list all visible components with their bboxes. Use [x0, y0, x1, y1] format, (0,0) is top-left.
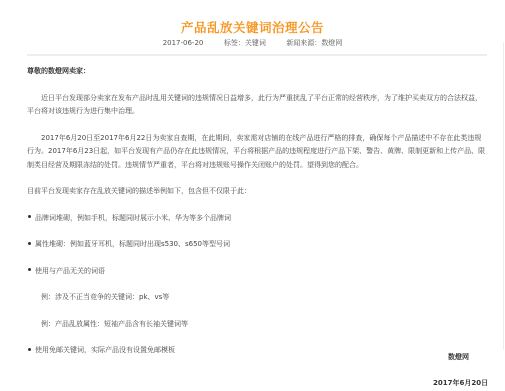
bullet-icon [28, 215, 31, 218]
examples-intro: 目前平台发现卖家存在乱放关键词的描述举例如下，包含但不仅限于此： [27, 185, 487, 199]
list-item: 使用与产品无关的词语 [27, 265, 487, 279]
tag-label: 标签： [224, 38, 245, 48]
greeting: 尊敬的数燈网卖家： [27, 65, 487, 79]
bullet-icon [28, 268, 31, 271]
source-label: 新闻来源： [286, 38, 321, 48]
bullet-icon [28, 242, 31, 245]
bullet-icon [28, 348, 31, 351]
example-item: 例：涉及不正当竞争的关键词：pk、vs等 [27, 291, 487, 305]
signature-org: 数燈网 [448, 352, 469, 362]
paragraph-1: 近日平台发现部分卖家在发布产品时乱用关键词的违规情况日益增多，此行为严重扰乱了平… [27, 92, 487, 119]
source-value: 数燈网 [321, 38, 342, 48]
article-title: 产品乱放关键词治理公告 [0, 18, 505, 36]
paragraph-2: 2017年6月20日至2017年6月22日为卖家自查期，在此期间，卖家需对店铺的… [27, 132, 487, 173]
article-body: 尊敬的数燈网卖家： 近日平台发现部分卖家在发布产品时乱用关键词的违规情况日益增多… [27, 65, 487, 358]
example-item: 例：产品乱放属性：短袖产品含有长袖关键词等 [27, 318, 487, 332]
signature-date: 2017年6月20日 [433, 378, 488, 388]
page-edge-rule [503, 42, 504, 350]
list-item: 使用免邮关键词，实际产品没有设置免邮模板 [27, 344, 487, 358]
title-divider [27, 54, 487, 56]
article-date: 2017-06-20 [163, 39, 204, 47]
list-item: 品牌词堆砌，例如手机，标题同时展示小米、华为等多个品牌词 [27, 212, 487, 226]
tag-link[interactable]: 关键词 [245, 38, 266, 48]
list-item: 属性堆砌：例如蓝牙耳机，标题同时出现s530、s650等型号词 [27, 238, 487, 252]
article-meta: 2017-06-20 标签：关键词 新闻来源：数燈网 [0, 38, 505, 48]
